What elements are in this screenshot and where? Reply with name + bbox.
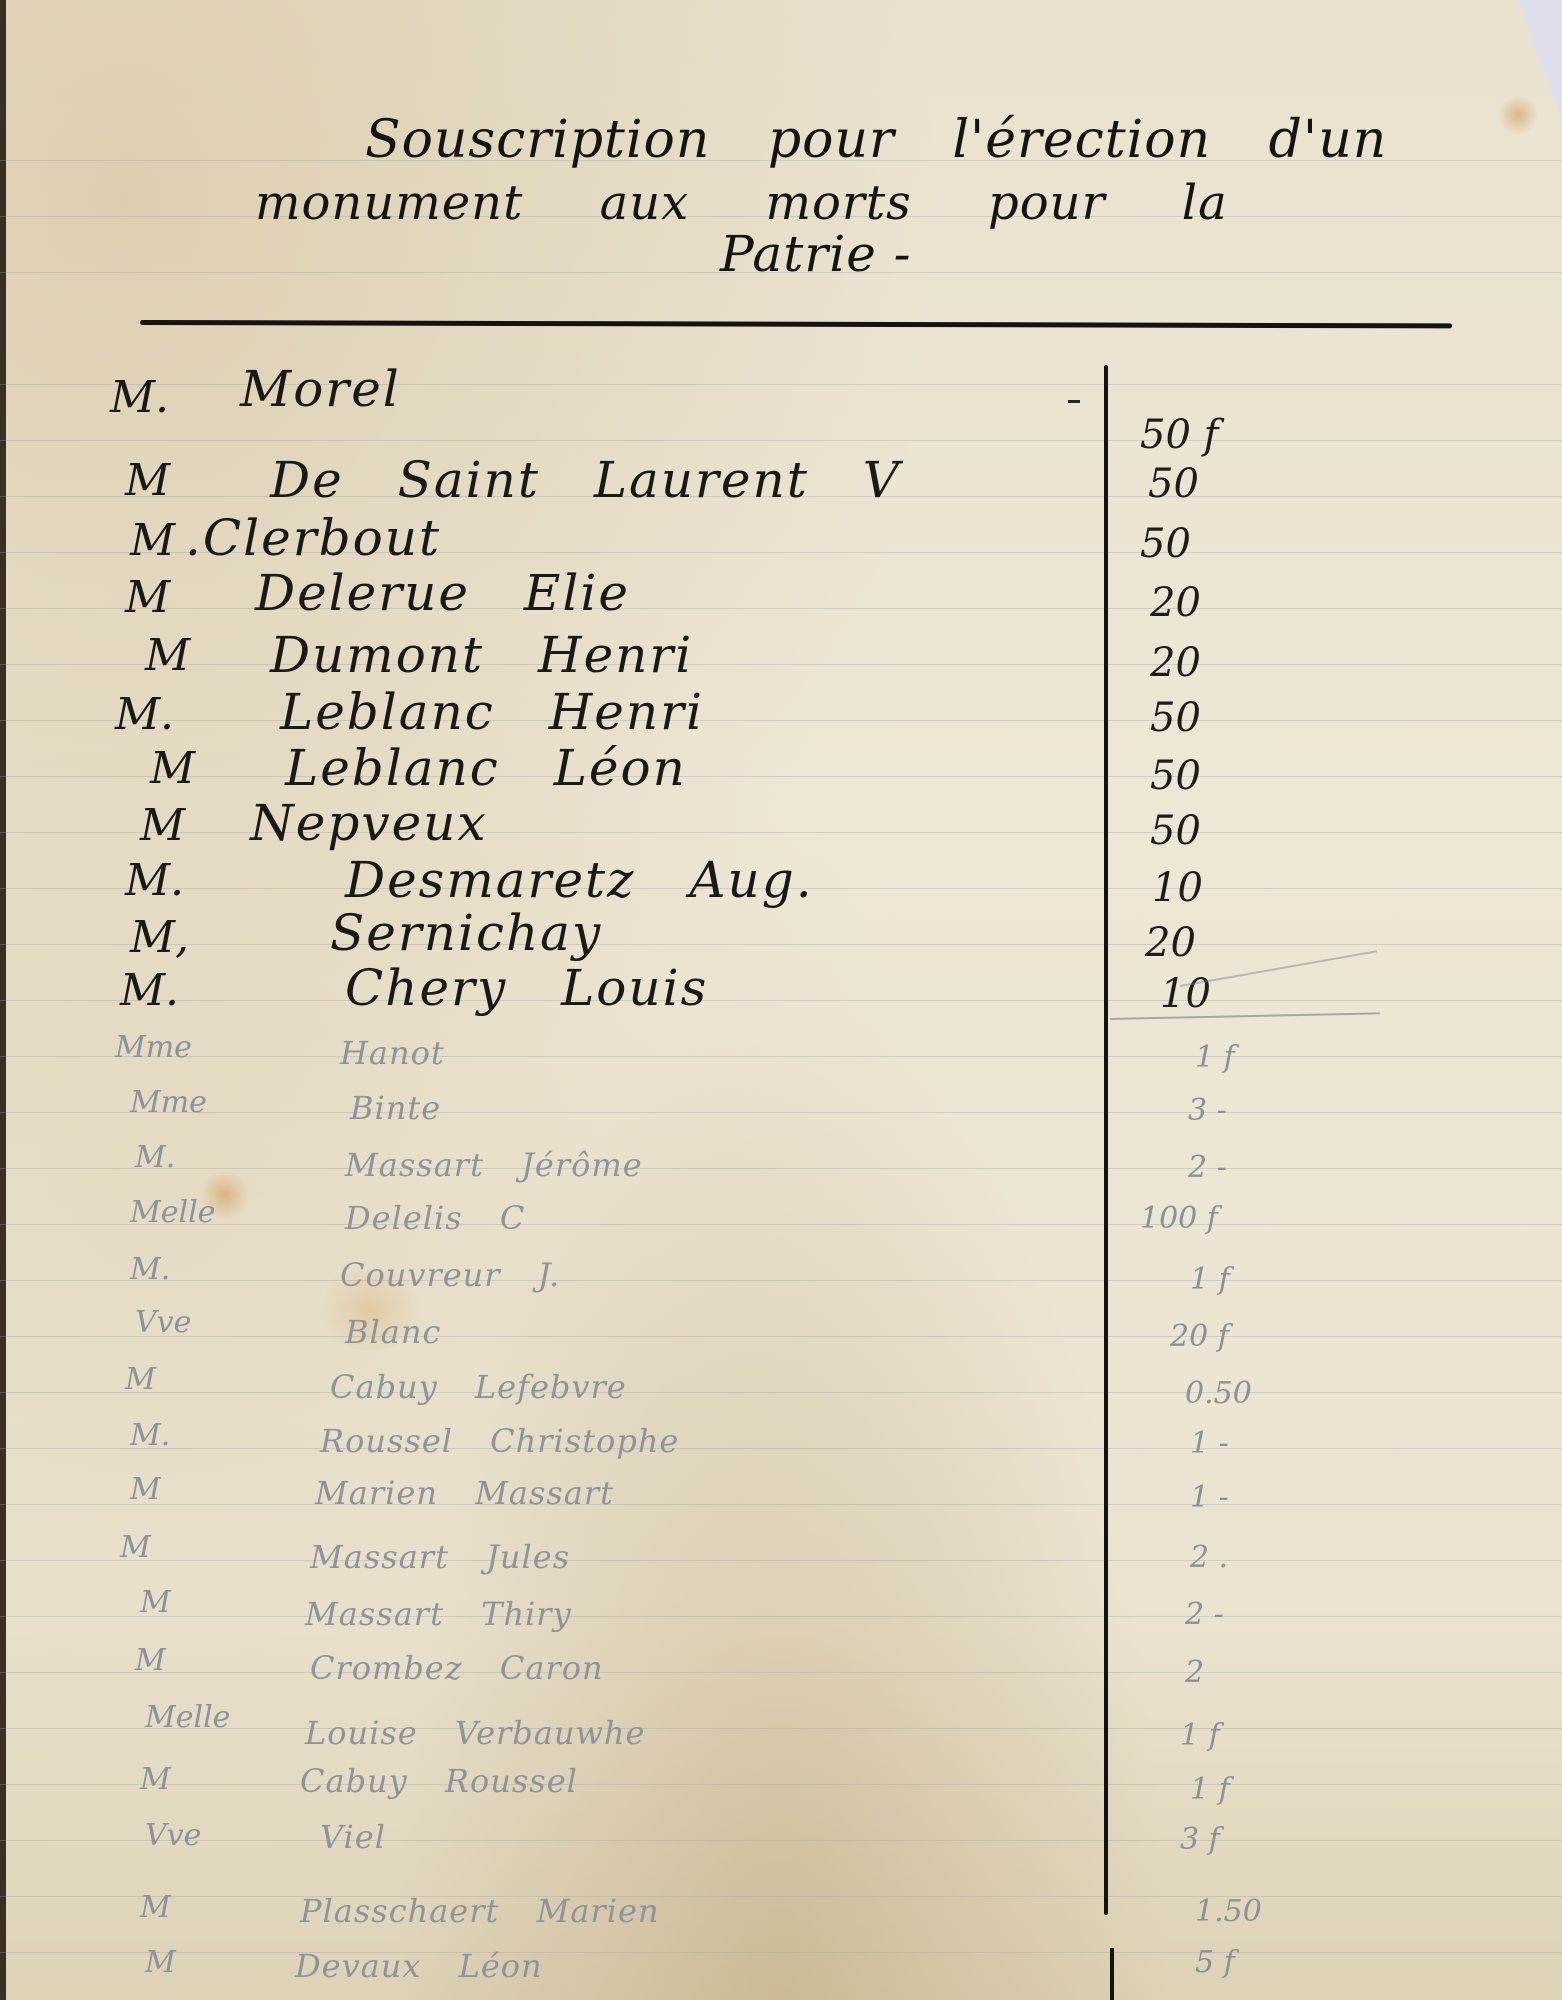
subscriber-entry: M. Leblanc Henri 50 bbox=[0, 687, 1562, 743]
entry-honorific: M. bbox=[130, 1418, 170, 1453]
subscriber-entry: M Cabuy Roussel 1 f bbox=[0, 1762, 1562, 1818]
entry-honorific: M bbox=[135, 1643, 166, 1678]
subscriber-entry: M Marien Massart 1 - bbox=[0, 1472, 1562, 1528]
entry-amount: 50 f bbox=[1140, 412, 1218, 458]
entry-honorific: M. bbox=[115, 689, 174, 740]
entry-amount: 1 f bbox=[1190, 1262, 1230, 1297]
entry-name: Louise Verbauwhe bbox=[305, 1714, 645, 1752]
subscriber-entry: M Leblanc Léon 50 bbox=[0, 743, 1562, 799]
subscriber-entry: M. Roussel Christophe 1 - bbox=[0, 1418, 1562, 1474]
subscriber-entry: Mme Binte 3 - bbox=[0, 1085, 1562, 1141]
entry-honorific: M bbox=[125, 1362, 156, 1397]
entry-name: Hanot bbox=[340, 1034, 445, 1072]
entry-name: Viel bbox=[320, 1818, 386, 1856]
document-page: Souscription pour l'érection d'un monume… bbox=[0, 0, 1562, 2000]
subscriber-entry: M Crombez Caron 2 bbox=[0, 1643, 1562, 1699]
foxing-stain bbox=[1498, 95, 1538, 135]
entry-amount: 20 bbox=[1150, 580, 1201, 626]
subscriber-entry: Vve Blanc 20 f bbox=[0, 1305, 1562, 1361]
entry-name: Plasschaert Marien bbox=[300, 1892, 659, 1930]
subscriber-entry: M. Morel 50 f bbox=[0, 372, 1562, 428]
entry-honorific: Melle bbox=[145, 1700, 230, 1735]
subscriber-entry: M .Clerbout 50 bbox=[0, 515, 1562, 571]
subscriber-entry: M Cabuy Lefebvre 0.50 bbox=[0, 1362, 1562, 1418]
entry-name: Marien Massart bbox=[315, 1474, 614, 1512]
subscriber-entry: M. Couvreur J. 1 f bbox=[0, 1252, 1562, 1308]
entry-amount: 2 bbox=[1185, 1655, 1204, 1690]
entry-honorific: M. bbox=[120, 965, 179, 1016]
entry-honorific: Melle bbox=[130, 1195, 215, 1230]
subscriber-entry: M Dumont Henri 20 bbox=[0, 630, 1562, 686]
entry-amount: 2 - bbox=[1188, 1150, 1227, 1185]
subscriber-entry: M Massart Jules 2 . bbox=[0, 1530, 1562, 1586]
subscriber-entry: Melle Delelis C 100 f bbox=[0, 1195, 1562, 1251]
entry-amount: 20 bbox=[1150, 640, 1201, 686]
document-title-line-1: Souscription pour l'érection d'un bbox=[365, 110, 1387, 170]
entry-amount: 1 - bbox=[1190, 1480, 1229, 1515]
document-title-line-3: Patrie - bbox=[720, 225, 912, 283]
ruled-line bbox=[0, 440, 1562, 441]
subscriber-entry: M Delerue Elie 20 bbox=[0, 572, 1562, 628]
entry-amount: 1.50 bbox=[1195, 1894, 1262, 1929]
entry-honorific: M. bbox=[110, 372, 169, 423]
subscriber-entry: M Plasschaert Marien 1.50 bbox=[0, 1890, 1562, 1946]
subscriber-entry: M. Desmaretz Aug. 10 bbox=[0, 855, 1562, 911]
entry-name: Chery Louis bbox=[345, 959, 708, 1017]
entry-name: Leblanc Henri bbox=[280, 683, 704, 741]
entry-honorific: M bbox=[120, 1530, 151, 1565]
header-divider bbox=[140, 320, 1452, 328]
entry-name: Blanc bbox=[345, 1313, 441, 1351]
subscriber-entry: Vve Viel 3 f bbox=[0, 1818, 1562, 1874]
entry-honorific: M bbox=[150, 743, 195, 794]
entry-honorific: Mme bbox=[130, 1085, 207, 1120]
entry-name: Couvreur J. bbox=[340, 1256, 560, 1294]
entry-name: Massart Jérôme bbox=[345, 1146, 643, 1184]
entry-name: Leblanc Léon bbox=[285, 739, 687, 797]
subscriber-entry: M De Saint Laurent V 50 bbox=[0, 455, 1562, 511]
entry-amount: 3 f bbox=[1180, 1822, 1220, 1857]
entry-name: Nepveux bbox=[250, 794, 488, 852]
entry-amount: 0.50 bbox=[1185, 1376, 1252, 1411]
entry-amount: 1 - bbox=[1190, 1426, 1229, 1461]
entry-name: Delerue Elie bbox=[255, 564, 630, 622]
subscriber-entry: M Nepveux 50 bbox=[0, 800, 1562, 856]
entry-honorific: M bbox=[125, 572, 170, 623]
entry-name: Massart Thiry bbox=[305, 1595, 572, 1633]
entry-amount: 50 bbox=[1150, 753, 1201, 799]
entry-honorific: Vve bbox=[135, 1305, 191, 1340]
entry-honorific: M, bbox=[130, 912, 189, 963]
entry-name: Delelis C bbox=[345, 1199, 525, 1237]
entry-amount: 1 f bbox=[1180, 1718, 1220, 1753]
entry-name: Dumont Henri bbox=[270, 626, 693, 684]
entry-amount: 1 f bbox=[1195, 1040, 1235, 1075]
entry-amount: 2 - bbox=[1185, 1597, 1224, 1632]
entry-name: De Saint Laurent V bbox=[270, 451, 901, 509]
subscriber-entry: Melle Louise Verbauwhe 1 f bbox=[0, 1700, 1562, 1756]
entry-amount: 10 bbox=[1152, 865, 1203, 911]
entry-name: Roussel Christophe bbox=[320, 1422, 679, 1460]
entry-honorific: M. bbox=[125, 855, 184, 906]
subscriber-entry: Mme Hanot 1 f bbox=[0, 1030, 1562, 1086]
entry-honorific: M bbox=[130, 1472, 161, 1507]
entry-amount: 10 bbox=[1160, 971, 1211, 1017]
entry-amount: 20 f bbox=[1170, 1319, 1229, 1354]
entry-name: Cabuy Lefebvre bbox=[330, 1368, 627, 1406]
entry-name: Desmaretz Aug. bbox=[345, 851, 814, 909]
entry-honorific: M. bbox=[135, 1140, 175, 1175]
subscriber-entry: M Massart Thiry 2 - bbox=[0, 1585, 1562, 1641]
entry-honorific: M bbox=[145, 1945, 176, 1980]
entry-amount: 50 bbox=[1148, 461, 1199, 507]
entry-amount: 100 f bbox=[1140, 1201, 1218, 1236]
document-title-line-2: monument aux morts pour la bbox=[255, 175, 1228, 231]
entry-honorific: M bbox=[140, 1890, 171, 1925]
entry-honorific: M bbox=[125, 455, 170, 506]
entry-amount: 20 bbox=[1145, 920, 1196, 966]
entry-amount: 5 f bbox=[1195, 1945, 1235, 1980]
entry-amount: 50 bbox=[1140, 521, 1191, 567]
entry-name: Crombez Caron bbox=[310, 1649, 604, 1687]
entry-honorific: M. bbox=[130, 1252, 170, 1287]
entry-name: Massart Jules bbox=[310, 1538, 570, 1576]
subscriber-entry: M. Massart Jérôme 2 - bbox=[0, 1140, 1562, 1196]
entry-name: Cabuy Roussel bbox=[300, 1762, 578, 1800]
entry-amount: 3 - bbox=[1188, 1093, 1227, 1128]
entry-honorific: M bbox=[130, 515, 175, 566]
entry-name: Binte bbox=[350, 1089, 441, 1127]
entry-amount: 2 . bbox=[1190, 1540, 1228, 1575]
entry-name: Morel bbox=[240, 360, 401, 418]
entry-name: Sernichay bbox=[330, 904, 602, 962]
subscriber-entry: M Devaux Léon 5 f bbox=[0, 1945, 1562, 2000]
entry-honorific: Vve bbox=[145, 1818, 201, 1853]
entry-amount: 50 bbox=[1150, 808, 1201, 854]
entry-honorific: M bbox=[140, 1585, 171, 1620]
entry-amount: 50 bbox=[1150, 695, 1201, 741]
entry-honorific: M bbox=[140, 1762, 171, 1797]
entry-amount: 1 f bbox=[1190, 1772, 1230, 1807]
entry-honorific: M bbox=[145, 630, 190, 681]
entry-honorific: Mme bbox=[115, 1030, 192, 1065]
entry-honorific: M bbox=[140, 800, 185, 851]
entry-name: .Clerbout bbox=[185, 509, 441, 567]
entry-name: Devaux Léon bbox=[295, 1947, 543, 1985]
